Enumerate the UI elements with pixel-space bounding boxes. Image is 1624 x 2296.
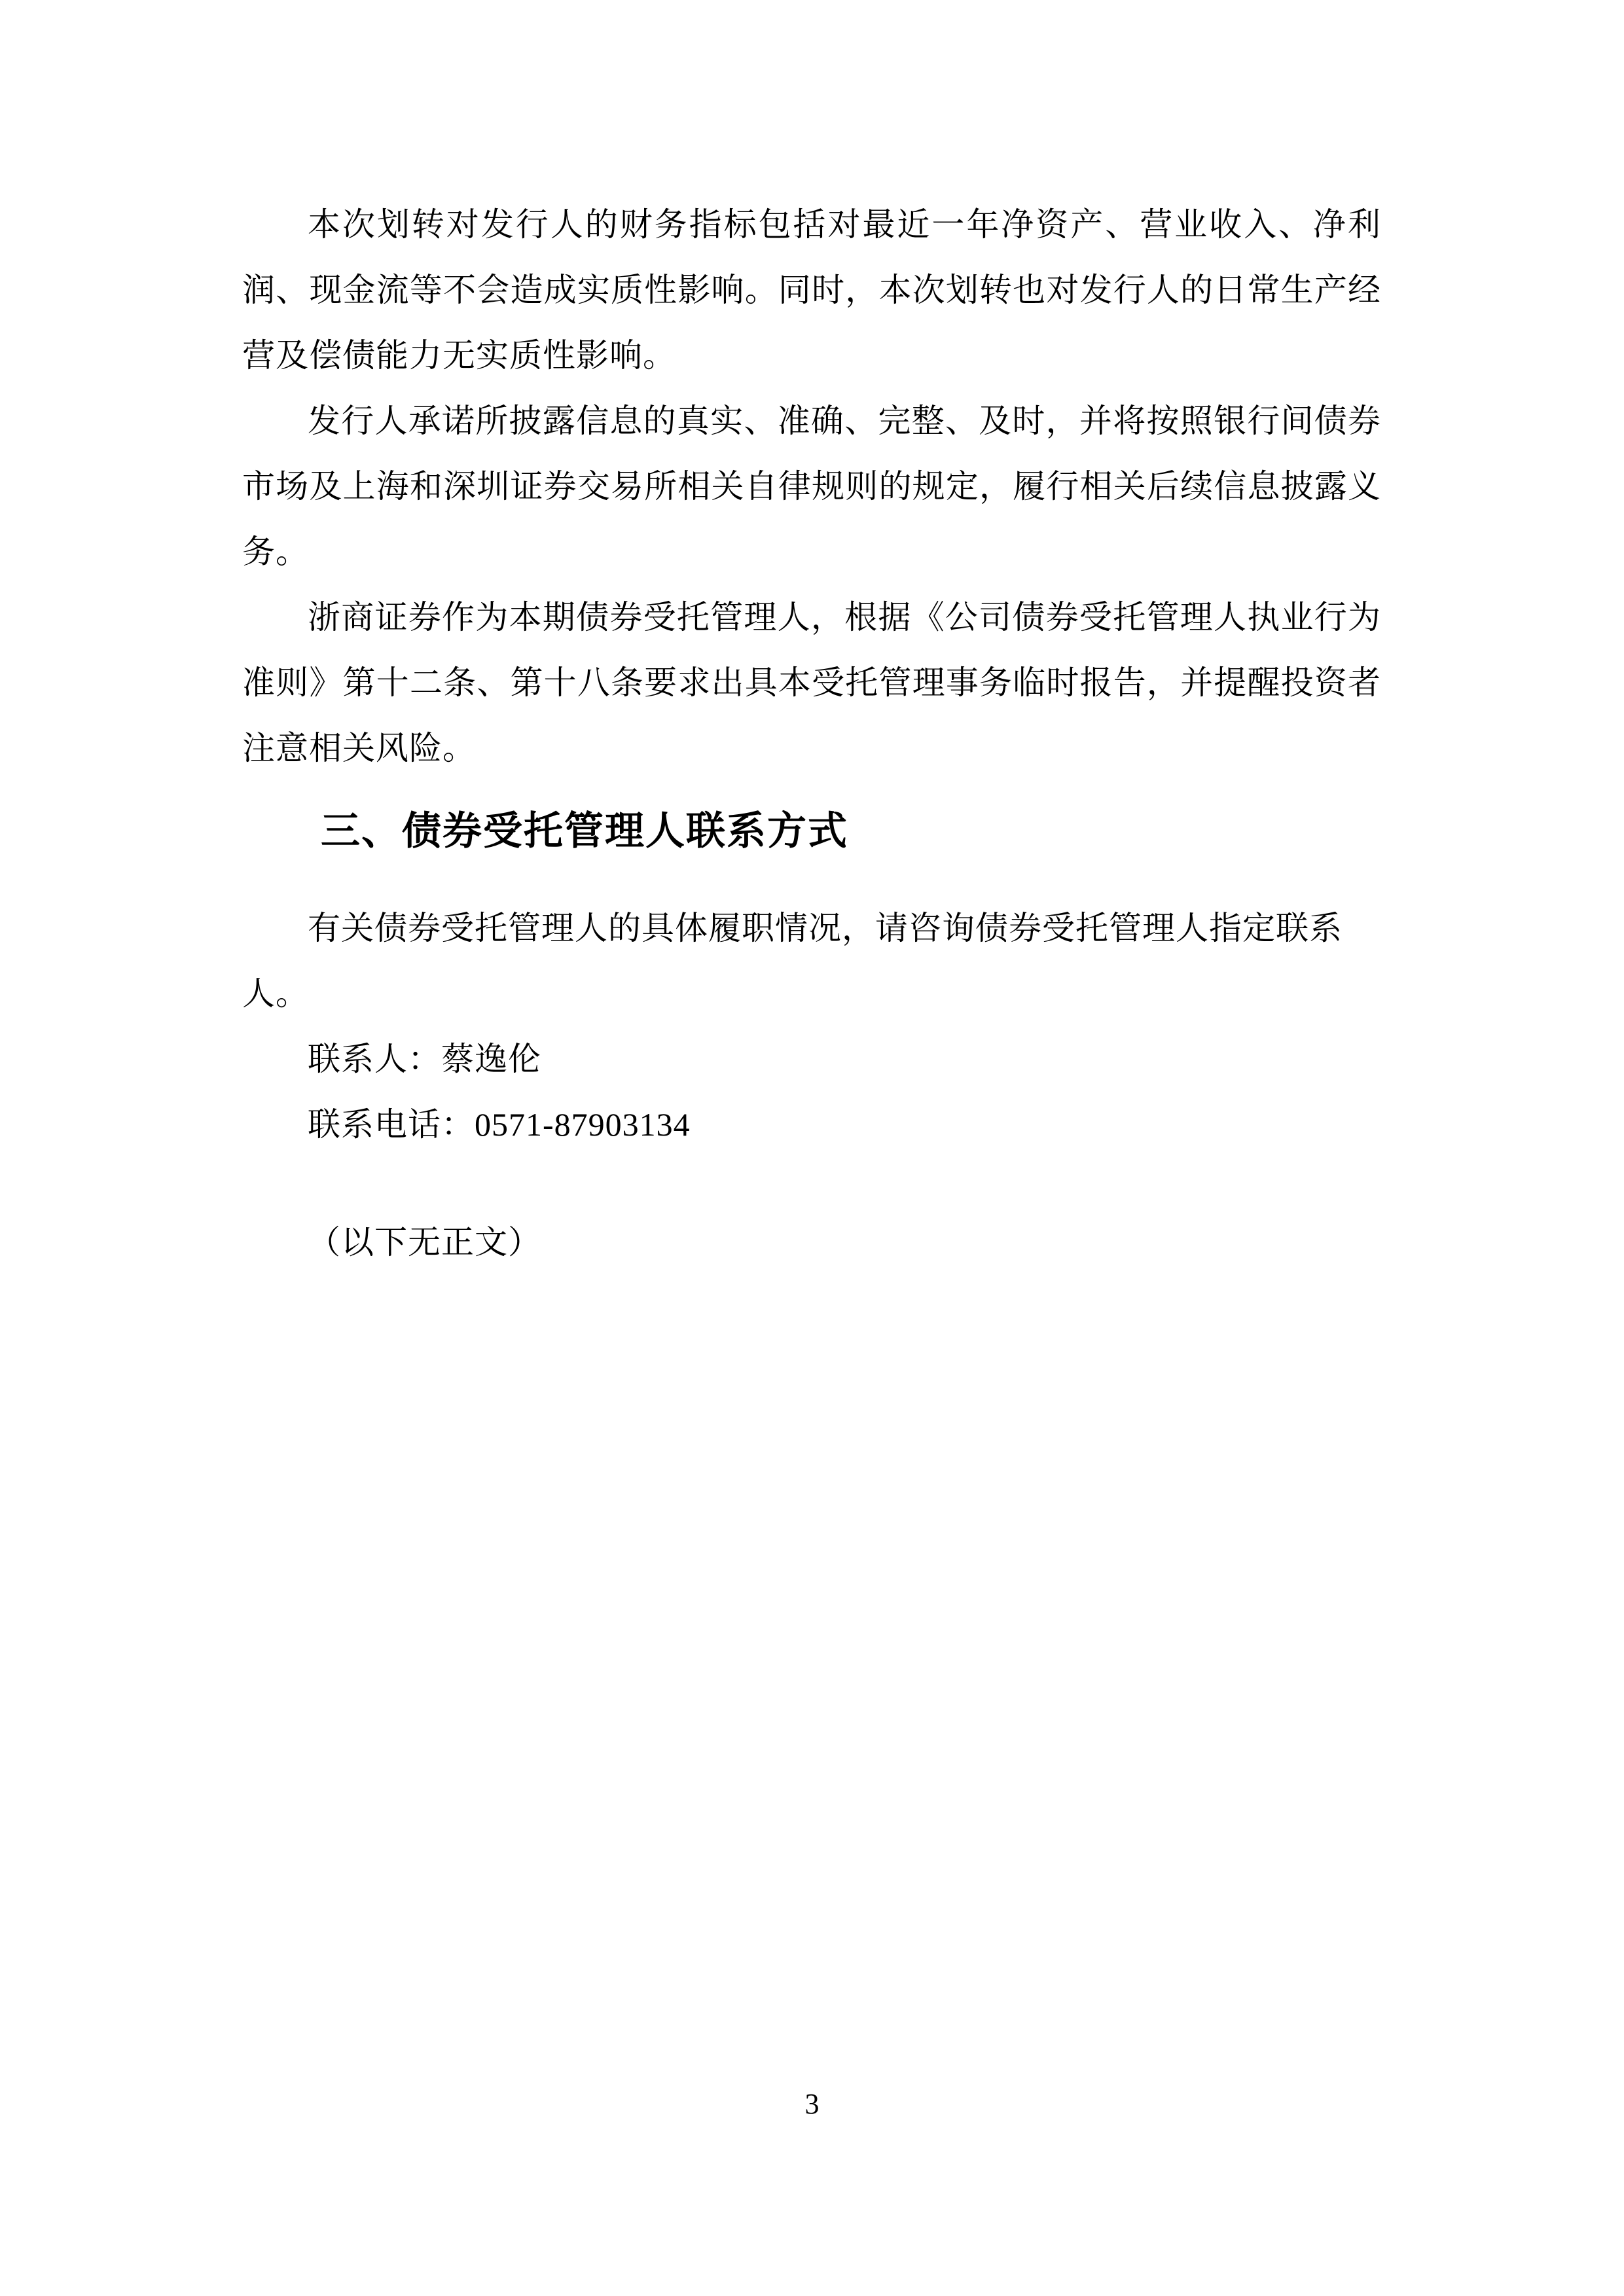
section-heading-trustee-contact: 三、债券受托管理人联系方式 [242,800,1381,863]
content-area: 本次划转对发行人的财务指标包括对最近一年净资产、营业收入、净利润、现金流等不会造… [242,192,1381,1275]
contact-person-label: 联系人： [308,1041,441,1077]
contact-person-line: 联系人：蔡逸伦 [242,1026,1381,1092]
closing-note: （以下无正文） [242,1210,1381,1275]
paragraph-disclosure-commitment: 发行人承诺所披露信息的真实、准确、完整、及时，并将按照银行间债券市场及上海和深圳… [242,388,1381,584]
contact-phone-line: 联系电话：0571-87903134 [242,1092,1381,1157]
contact-phone-number: 0571-87903134 [475,1106,691,1143]
paragraph-trustee-report: 浙商证券作为本期债券受托管理人，根据《公司债券受托管理人执业行为准则》第十二条、… [242,584,1381,781]
contact-phone-label: 联系电话： [308,1106,475,1143]
paragraph-contact-intro: 有关债券受托管理人的具体履职情况，请咨询债券受托管理人指定联系人。 [242,895,1381,1026]
contact-person-name: 蔡逸伦 [441,1041,541,1077]
page-number: 3 [0,2085,1624,2124]
document-page: 本次划转对发行人的财务指标包括对最近一年净资产、营业收入、净利润、现金流等不会造… [0,0,1624,2296]
paragraph-transfer-impact: 本次划转对发行人的财务指标包括对最近一年净资产、营业收入、净利润、现金流等不会造… [242,192,1381,388]
